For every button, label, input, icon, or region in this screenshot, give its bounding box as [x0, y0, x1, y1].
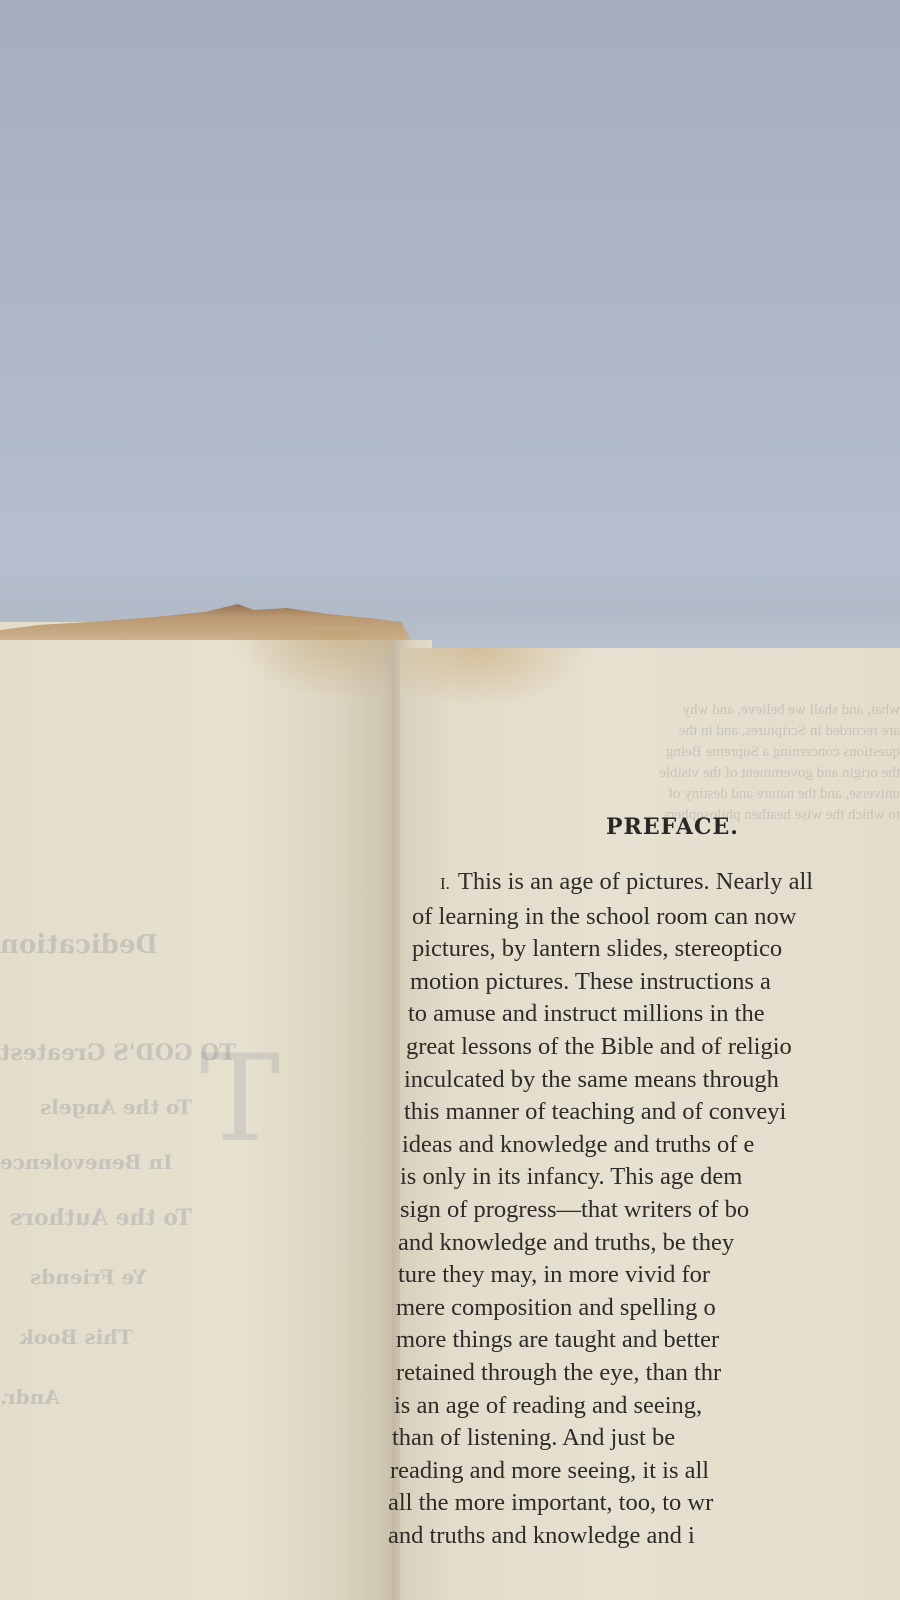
text-line: more things are taught and better — [388, 1324, 900, 1357]
text-line: and truths and knowledge and i — [388, 1520, 900, 1553]
showthrough-line: Ye Friends — [30, 1265, 147, 1289]
preface-body: I.This is an age of pictures. Nearly all… — [388, 866, 900, 1552]
preface-heading: PREFACE. — [606, 814, 739, 840]
text-line: ture they may, in more vivid for — [388, 1259, 900, 1292]
text-line: reading and more seeing, it is all — [388, 1455, 900, 1488]
text-line: retained through the eye, than thr — [388, 1357, 900, 1390]
text-line: sign of progress—that writers of bo — [388, 1194, 900, 1227]
text-line: to amuse and instruct millions in the — [388, 998, 900, 1031]
showthrough-line: This Book — [20, 1325, 133, 1349]
text-line: and knowledge and truths, be they — [388, 1227, 900, 1260]
text-line: pictures, by lantern slides, stereoptico — [388, 933, 900, 966]
showthrough-line: Dedication — [0, 930, 158, 960]
showthrough-line: Andr. — [0, 1385, 60, 1409]
text-line: mere composition and spelling o — [388, 1292, 900, 1325]
text-line: all the more important, too, to wr — [388, 1487, 900, 1520]
text-line: inculcated by the same means through — [388, 1064, 900, 1097]
showthrough-initial: T — [200, 1030, 280, 1169]
left-page-water-stain — [230, 630, 410, 700]
showthrough-line: In Benevolence — [0, 1150, 172, 1174]
text-line: great lessons of the Bible and of religi… — [388, 1031, 900, 1064]
text-line: is only in its infancy. This age dem — [388, 1161, 900, 1194]
text-line: I.This is an age of pictures. Nearly all — [388, 866, 900, 901]
text-line: of learning in the school room can now — [388, 901, 900, 934]
text-line: is an age of reading and seeing, — [388, 1390, 900, 1423]
right-page-water-stain — [400, 648, 590, 708]
photo-scene: Dedication TO GOD'S Greatest To the Ange… — [0, 0, 900, 1600]
text-line: ideas and knowledge and truths of e — [388, 1129, 900, 1162]
showthrough-line: To the Authors — [10, 1205, 192, 1231]
text-line: this manner of teaching and of conveyi — [388, 1096, 900, 1129]
text-line: motion pictures. These instructions a — [388, 966, 900, 999]
paragraph-number: I. — [440, 874, 450, 893]
right-page-showthrough: what, and shall we believe, and why are … — [430, 700, 900, 826]
showthrough-line: To the Angels — [40, 1095, 192, 1119]
text-line: than of listening. And just be — [388, 1422, 900, 1455]
